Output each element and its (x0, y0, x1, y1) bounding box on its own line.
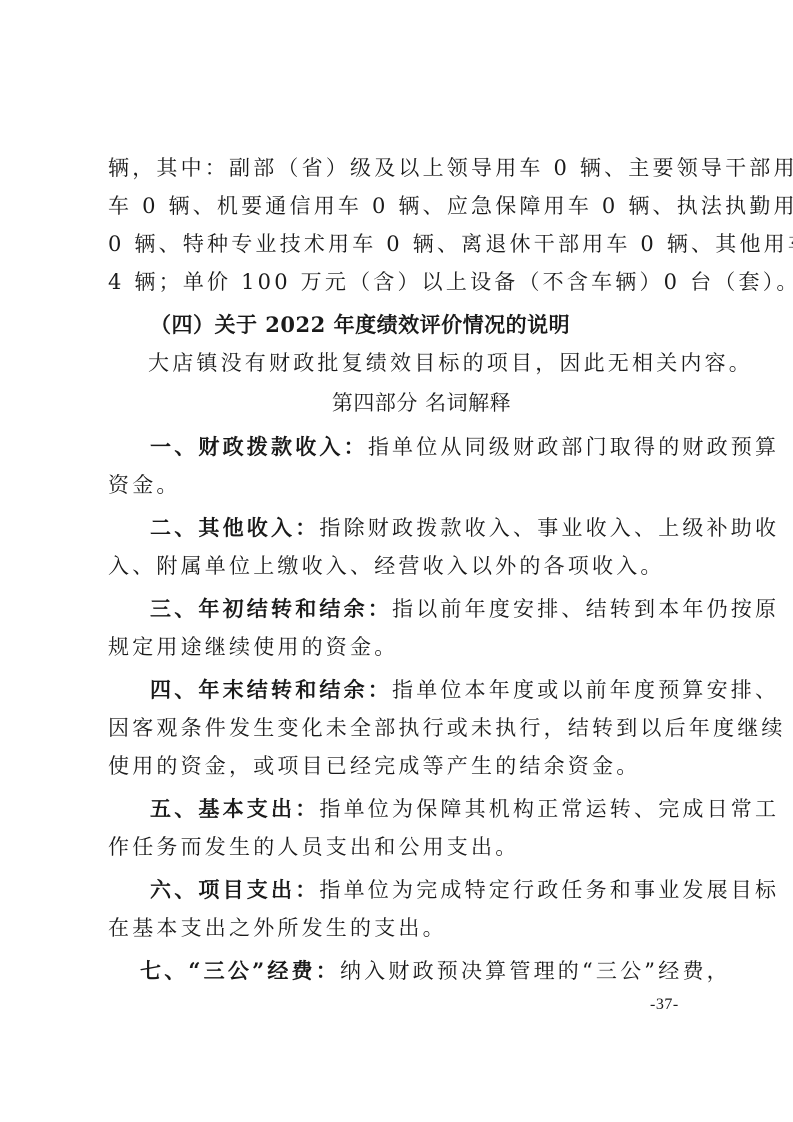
definition-text: 指单位从同级财政部门取得的财政预算 (368, 435, 779, 459)
definition-line: 七、“三公”经费：纳入财政预决算管理的“三公”经费， (140, 956, 690, 986)
definition-text: 纳入财政预决算管理的“三公”经费， (340, 959, 731, 983)
section-body: 大店镇没有财政批复绩效目标的项目，因此无相关内容。 (148, 348, 688, 378)
document-page: 辆，其中：副部（省）级及以上领导用车 0 辆、主要领导干部用 车 0 辆、机要通… (0, 0, 793, 1122)
definition-continuation: 入、附属单位上缴收入、经营收入以外的各项收入。 (108, 551, 690, 581)
definition-continuation: 使用的资金，或项目已经完成等产生的结余资金。 (108, 751, 690, 781)
definition-text: 指以前年度安排、结转到本年仍按原 (392, 597, 779, 621)
paragraph-line: 辆，其中：副部（省）级及以上领导用车 0 辆、主要领导干部用 (108, 153, 690, 183)
definition-line: 五、基本支出：指单位为保障其机构正常运转、完成日常工 (150, 794, 690, 824)
definition-term: 六、项目支出： (150, 877, 319, 902)
definition-term: 四、年末结转和结余： (150, 677, 392, 702)
definition-term: 三、年初结转和结余： (150, 596, 392, 621)
paragraph-line: 车 0 辆、机要通信用车 0 辆、应急保障用车 0 辆、执法执勤用车 (108, 191, 690, 221)
definition-line: 二、其他收入：指除财政拨款收入、事业收入、上级补助收 (150, 513, 690, 543)
section-heading: （四）关于 2022 年度绩效评价情况的说明 (150, 310, 690, 340)
definition-text: 指除财政拨款收入、事业收入、上级补助收 (319, 516, 779, 540)
definition-term: 一、财政拨款收入： (150, 434, 368, 459)
definition-text: 指单位为完成特定行政任务和事业发展目标 (319, 878, 779, 902)
definition-continuation: 资金。 (108, 470, 690, 500)
definition-continuation: 作任务而发生的人员支出和公用支出。 (108, 832, 690, 862)
definition-line: 三、年初结转和结余：指以前年度安排、结转到本年仍按原 (150, 594, 690, 624)
paragraph-line: 4 辆；单价 100 万元（含）以上设备（不含车辆）0 台（套）。 (108, 267, 690, 297)
part-heading: 第四部分 名词解释 (0, 388, 793, 418)
definition-text: 指单位为保障其机构正常运转、完成日常工 (319, 797, 779, 821)
definition-line: 四、年末结转和结余：指单位本年度或以前年度预算安排、 (150, 675, 690, 705)
definition-line: 六、项目支出：指单位为完成特定行政任务和事业发展目标 (150, 875, 690, 905)
definition-line: 一、财政拨款收入：指单位从同级财政部门取得的财政预算 (150, 432, 690, 462)
definition-continuation: 规定用途继续使用的资金。 (108, 632, 690, 662)
definition-continuation: 因客观条件发生变化未全部执行或未执行，结转到以后年度继续 (108, 713, 690, 743)
definition-term: 二、其他收入： (150, 515, 319, 540)
page-number: -37- (650, 993, 679, 1017)
definition-term: 七、“三公”经费： (140, 958, 340, 983)
definition-continuation: 在基本支出之外所发生的支出。 (108, 913, 690, 943)
definition-text: 指单位本年度或以前年度预算安排、 (392, 678, 779, 702)
definition-term: 五、基本支出： (150, 796, 319, 821)
paragraph-line: 0 辆、特种专业技术用车 0 辆、离退休干部用车 0 辆、其他用车 (108, 229, 690, 259)
